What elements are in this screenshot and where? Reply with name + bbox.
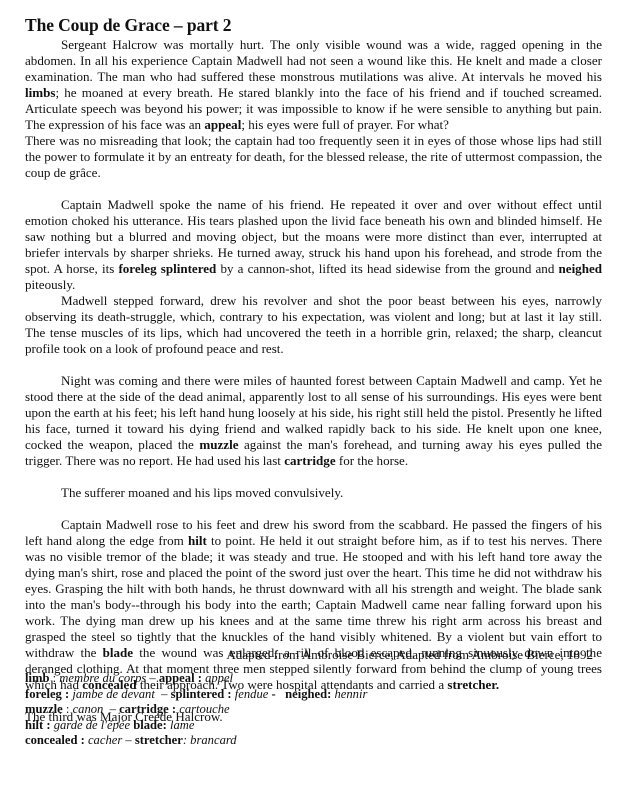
paragraph-p1: Sergeant Halcrow was mortally hurt. The … [25,37,602,133]
paragraph-p4: Madwell stepped forward, drew his revolv… [25,293,602,357]
glossary-term: splintered : [171,687,232,701]
glossary-term: muzzle [25,702,63,716]
glossary-term: blade: [133,718,167,732]
paragraph-gap [25,357,602,373]
vocabulary-term: hilt [188,533,207,548]
glossary-translation: appel [205,671,233,685]
glossary-separator: : [50,671,60,685]
vocabulary-term: stretcher. [447,677,499,692]
glossary-row: foreleg : jambe de devant – splintered :… [25,687,367,703]
vocabulary-term: muzzle [199,437,238,452]
glossary-term: cartridge : [119,702,176,716]
paragraph-p2: There was no misreading that look; the c… [25,133,602,181]
glossary-separator: – [103,702,119,716]
text-run: Sergeant Halcrow was mortally hurt. The … [25,37,602,84]
glossary-translation: membre du corps [59,671,146,685]
glossary-translation: canon [73,702,104,716]
paragraph-gap [25,181,602,197]
glossary-translation: jambe de devant [72,687,155,701]
vocabulary-term: limbs [25,85,55,100]
vocabulary-term: foreleg splintered [118,261,216,276]
glossary-row: concealed : cacher – stretcher: brancard [25,733,367,749]
attribution: Adapted from Ambroise Bierce, Adapted fr… [226,647,593,663]
story-body: Sergeant Halcrow was mortally hurt. The … [25,37,602,725]
glossary-term: appeal : [159,671,202,685]
text-run: ; his eyes were full of prayer. For what… [241,117,449,132]
paragraph-gap [25,469,602,485]
glossary-translation: hennir [334,687,367,701]
glossary-translation: garde de l'épée [54,718,130,732]
paragraph-p3: Captain Madwell spoke the name of his fr… [25,197,602,293]
vocabulary-term: blade [103,645,133,660]
glossary-term: - [268,687,285,701]
paragraph-gap [25,501,602,517]
vocabulary-term: appeal [204,117,241,132]
text-run: piteously. [25,277,75,292]
glossary-separator: – [155,687,171,701]
vocabulary-term: neighed [559,261,603,276]
paragraph-p5: Night was coming and there were miles of… [25,373,602,469]
glossary-translation: cartouche [179,702,229,716]
vocabulary-glossary: limb : membre du corps – appeal : appelf… [25,671,367,749]
text-run: to point. He held it out straight before… [25,533,602,660]
glossary-row: limb : membre du corps – appeal : appel [25,671,367,687]
glossary-translation: fendue [235,687,269,701]
glossary-row: hilt : garde de l'épée blade: lame [25,718,367,734]
page-title: The Coup de Grace – part 2 [25,15,231,36]
glossary-row: muzzle : canon – cartridge : cartouche [25,702,367,718]
glossary-term: hilt : [25,718,51,732]
vocabulary-term: cartridge [284,453,335,468]
text-run: by a cannon-shot, lifted its head sidewi… [216,261,558,276]
glossary-term: limb [25,671,50,685]
glossary-translation: : brancard [183,733,237,747]
glossary-separator: – [122,733,135,747]
text-run: The sufferer moaned and his lips moved c… [61,485,343,500]
paragraph-p6: The sufferer moaned and his lips moved c… [25,485,602,501]
paragraph-p7: Captain Madwell rose to his feet and dre… [25,517,602,693]
text-run: Madwell stepped forward, drew his revolv… [25,293,602,356]
glossary-term: concealed : [25,733,85,747]
glossary-translation: lame [170,718,194,732]
text-run: There was no misreading that look; the c… [25,133,602,180]
glossary-term: stretcher [135,733,183,747]
glossary-separator: – [146,671,159,685]
glossary-term: neighed: [285,687,331,701]
glossary-term: foreleg : [25,687,69,701]
glossary-translation: cacher [88,733,122,747]
glossary-separator: : [63,702,73,716]
text-run: for the horse. [336,453,408,468]
